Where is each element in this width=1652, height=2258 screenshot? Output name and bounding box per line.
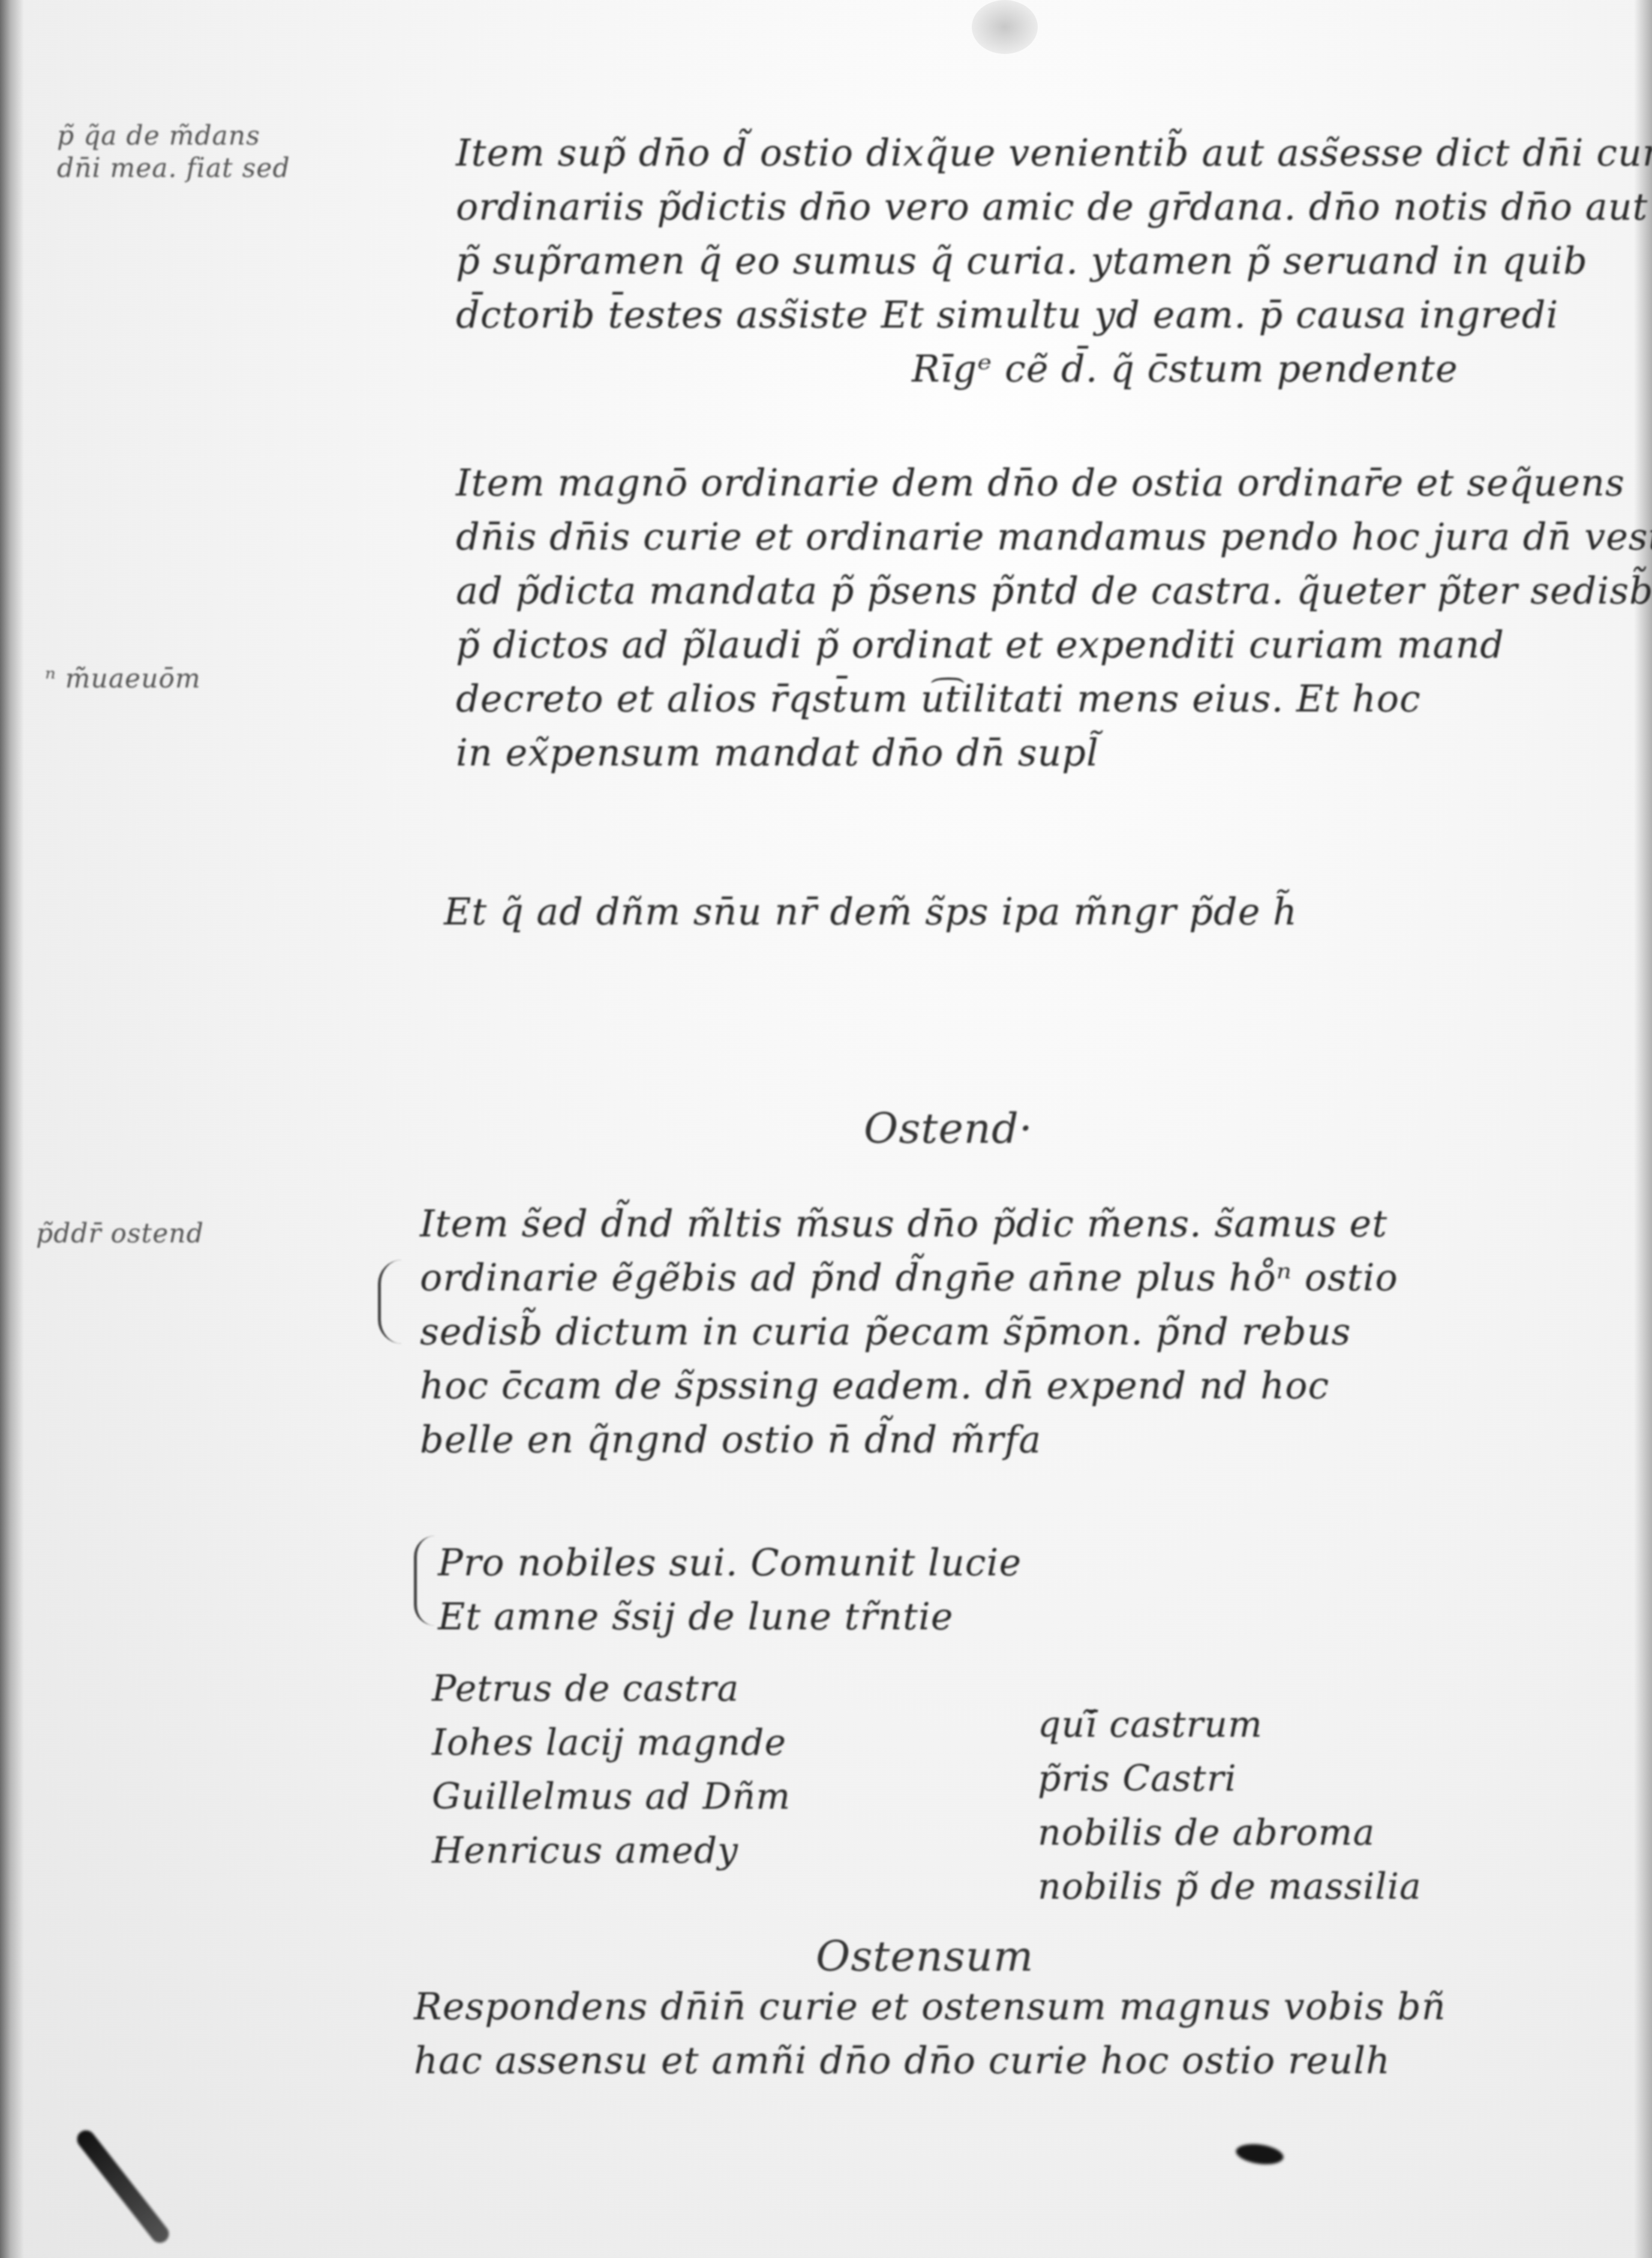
witness-name: nobilis p̃ de massilia [1038, 1860, 1422, 1914]
binding-shadow [0, 0, 24, 2258]
text-line: Et amne s̃sij de lune tr̃ntie [438, 1590, 1022, 1644]
text-line: ordinariis p̃dictis dn̄o vero amic de gr… [456, 180, 1652, 234]
text-line: Et q̃ ad dñm sn̄u nr̄ dem̃ s̃ps ipa m̃ng… [444, 885, 1297, 939]
paragraph-2: Item magnō ordinarie dem dn̄o de ostia o… [456, 456, 1652, 780]
text-line: decreto et alios r̄qst̄um u͡tilitati men… [456, 672, 1652, 726]
text-line: ordinarie ẽgẽbis ad p̃nd d̃ngn̄e an̄ne p… [420, 1251, 1398, 1305]
witness-name: Petrus de castra [432, 1662, 791, 1716]
witness-list-right: quī̃ castrum p̃ris Castri nobilis de abr… [1038, 1698, 1422, 1914]
section-heading: Ostend· [864, 1104, 1033, 1153]
text-line: Rīgᵉ cẽ d̄. q̃ c̄stum pendente [456, 342, 1652, 396]
text-line: in ex̃pensum mandat dn̄o dn̄ supl̃ [456, 726, 1652, 780]
text-line: ad p̃dicta mandata p̃ p̃sens p̃ntd de ca… [456, 564, 1652, 618]
closing-heading: Ostensum [816, 1932, 1034, 1981]
margin-note-1: p̃ q̃a de m̃dans dn̄i mea. fiat sed [57, 120, 290, 185]
text-line: d̄ctorib t̄estes ass̃iste Et simultu yd … [456, 288, 1652, 342]
paragraph-1: Item sup̃ dn̄o d̃ ostio dixq̃ue venienti… [456, 126, 1652, 396]
text-line: Respondens dn̄in̄ curie et ostensum magn… [414, 1980, 1446, 2034]
text-line: dn̄is dn̄is curie et ordinarie mandamus … [456, 510, 1652, 564]
text-line: sedisb̃ dictum in curia p̃ecam s̃p̄mon. … [420, 1305, 1398, 1359]
witness-name: quī̃ castrum [1038, 1698, 1422, 1752]
text-line: Item s̃ed d̃nd m̃ltis m̃sus dn̄o p̃dic m… [420, 1197, 1398, 1251]
text-line: p̃ dictos ad p̃laudi p̃ ordinat et expen… [456, 618, 1652, 672]
witness-name: Henricus amedy [432, 1824, 791, 1878]
text-line: hoc c̄cam de s̃pssing eadem. dn̄ expend … [420, 1359, 1398, 1413]
witness-name: Iohes lacij magnde [432, 1716, 791, 1770]
witness-list-left: Petrus de castra Iohes lacij magnde Guil… [432, 1662, 791, 1878]
bracket-mark [414, 1536, 435, 1626]
text-line: Item sup̃ dn̄o d̃ ostio dixq̃ue venienti… [456, 126, 1652, 180]
text-line: Item magnō ordinarie dem dn̄o de ostia o… [456, 456, 1652, 510]
margin-note-line: p̃ q̃a de m̃dans [57, 120, 290, 152]
margin-note-line: p̃ddr̄ ostend [36, 1218, 204, 1250]
paper-stain [972, 0, 1038, 54]
paragraph-3: Et q̃ ad dñm sn̄u nr̄ dem̃ s̃ps ipa m̃ng… [444, 885, 1297, 939]
text-line: p̃ sup̃ramen q̃ eo sumus q̃ curia. ytame… [456, 234, 1652, 288]
witness-name: p̃ris Castri [1038, 1752, 1422, 1806]
witness-name: Guillelmus ad Dñm [432, 1770, 791, 1824]
text-line: belle en q̃ngnd ostio n̄ d̃nd m̃rfa [420, 1413, 1398, 1467]
margin-note-line: ⁿ m̃̃uaeuōm [45, 663, 201, 695]
bracket-mark [378, 1260, 405, 1344]
text-line: hac assensu et amñi dn̄o dn̄o curie hoc … [414, 2034, 1446, 2088]
margin-note-3: p̃ddr̄ ostend [36, 1218, 204, 1250]
paragraph-4: Item s̃ed d̃nd m̃ltis m̃sus dn̄o p̃dic m… [420, 1197, 1398, 1467]
text-line: Pro nobiles sui. Comunit lucie [438, 1536, 1022, 1590]
witness-name: nobilis de abroma [1038, 1806, 1422, 1860]
margin-note-2: ⁿ m̃̃uaeuōm [45, 663, 201, 695]
margin-note-line: dn̄i mea. fiat sed [57, 152, 290, 185]
paragraph-5: Pro nobiles sui. Comunit lucie Et amne s… [438, 1536, 1022, 1644]
paragraph-6: Respondens dn̄in̄ curie et ostensum magn… [414, 1980, 1446, 2088]
